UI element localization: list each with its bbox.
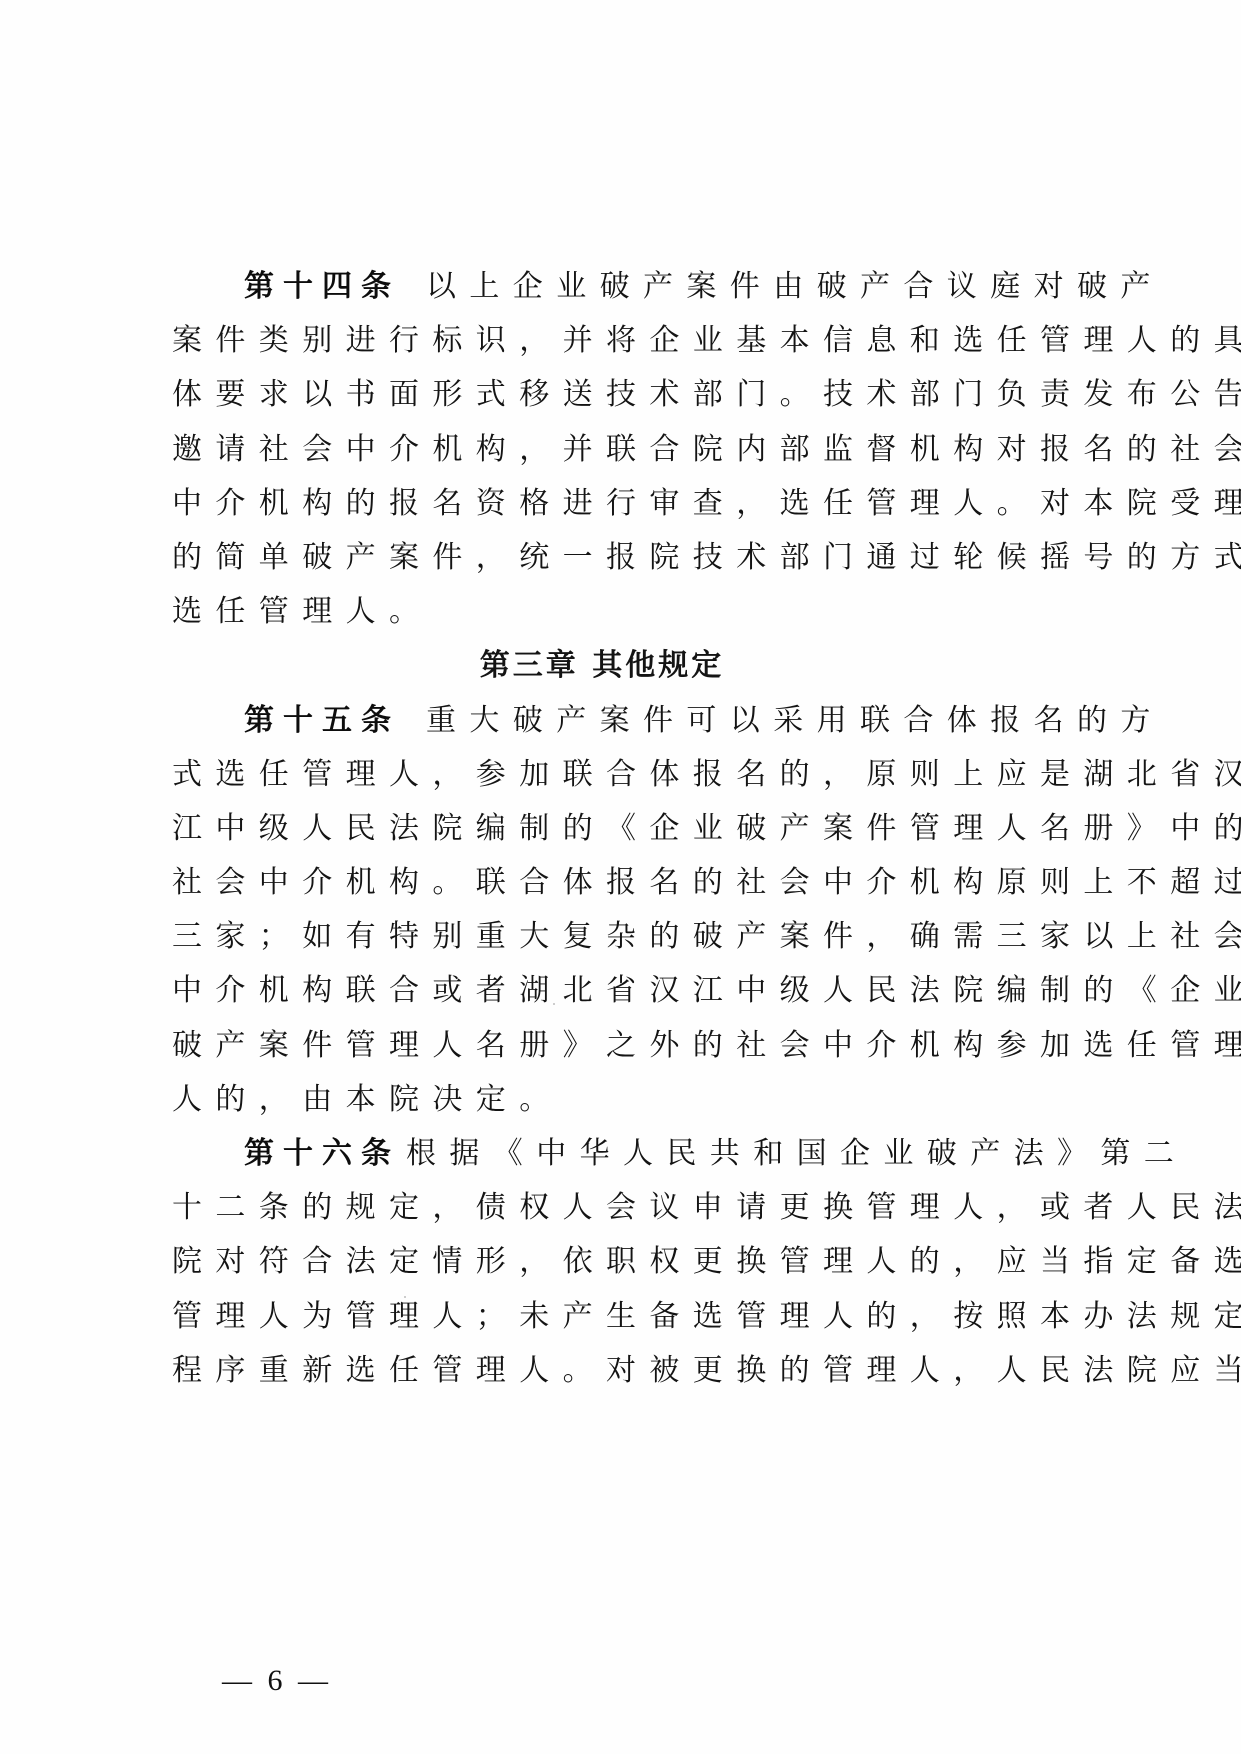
article-16-line-1: 第十六条根据《中华人民共和国企业破产法》第二 [172,1127,1072,1181]
document-page: 第十四条以上企业破产案件由破产合议庭对破产 案件类别进行标识，并将企业基本信息和… [0,0,1241,1754]
article-14-text: 以上企业破产案件由破产合议庭对破产 [426,269,1164,304]
article-15-line-2: 式选任管理人，参加联合体报名的，原则上应是湖北省汉 [172,748,1072,802]
article-15-text: 重大破产案件可以采用联合体报名的方 [426,703,1164,738]
article-15-label: 第十五条 [244,703,400,738]
article-14-line-1: 第十四条以上企业破产案件由破产合议庭对破产 [172,260,1072,314]
article-15-line-6: 中介机构联合或者湖北省汉江中级人民法院编制的《企业 [172,964,1072,1018]
article-15-line-8: 人的，由本院决定。 [172,1073,1072,1127]
article-16-line-2: 十二条的规定，债权人会议申请更换管理人，或者人民法 [172,1181,1072,1235]
article-15-line-7: 破产案件管理人名册》之外的社会中介机构参加选任管理 [172,1019,1072,1073]
article-14-line-6: 的简单破产案件，统一报院技术部门通过轮候摇号的方式 [172,531,1072,585]
article-14-line-7: 选任管理人。 [172,585,1072,639]
page-number: — 6 — [222,1664,332,1698]
article-15-line-5: 三家；如有特别重大复杂的破产案件，确需三家以上社会 [172,910,1072,964]
scan-speck [404,1296,406,1298]
article-16-text: 根据《中华人民共和国企业破产法》第二 [406,1136,1187,1171]
article-16-line-4: 管理人为管理人；未产生备选管理人的，按照本办法规定 [172,1290,1072,1344]
article-14-line-2: 案件类别进行标识，并将企业基本信息和选任管理人的具 [172,314,1072,368]
article-16-label: 第十六条 [244,1136,400,1171]
article-16-line-5: 程序重新选任管理人。对被更换的管理人，人民法院应当 [172,1344,1072,1398]
scan-speck [553,1003,555,1005]
article-16-line-3: 院对符合法定情形，依职权更换管理人的，应当指定备选 [172,1235,1072,1289]
article-14-line-3: 体要求以书面形式移送技术部门。技术部门负责发布公告、 [172,368,1072,422]
document-body: 第十四条以上企业破产案件由破产合议庭对破产 案件类别进行标识，并将企业基本信息和… [172,260,1072,1398]
article-15-line-4: 社会中介机构。联合体报名的社会中介机构原则上不超过 [172,856,1072,910]
chapter-heading: 第三章 其他规定 [172,639,1072,693]
article-15-line-3: 江中级人民法院编制的《企业破产案件管理人名册》中的 [172,802,1072,856]
article-15-line-1: 第十五条重大破产案件可以采用联合体报名的方 [172,694,1072,748]
article-14-label: 第十四条 [244,269,400,304]
article-14-line-5: 中介机构的报名资格进行审查，选任管理人。对本院受理 [172,477,1072,531]
article-14-line-4: 邀请社会中介机构，并联合院内部监督机构对报名的社会 [172,423,1072,477]
